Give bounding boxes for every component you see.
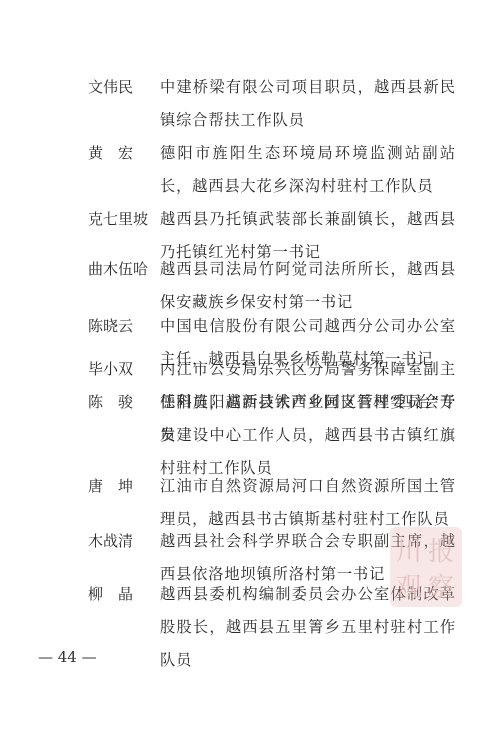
person-name: 唐 坤 — [88, 470, 156, 503]
person-name: 曲木伍哈 — [88, 253, 156, 286]
watermark-char: 观 — [396, 567, 422, 604]
watermark-char: 报 — [428, 531, 454, 568]
person-name: 木战清 — [88, 525, 156, 558]
person-name: 克七里坡 — [88, 203, 156, 236]
watermark-stamp: 川 报 观 察 — [390, 527, 462, 607]
person-name: 陈晓云 — [88, 310, 156, 343]
person-description: 中建桥梁有限公司项目职员，越西县新民镇综合帮扶工作队员 — [160, 71, 456, 137]
person-description: 德阳市旌阳生态环境局环境监测站副站长，越西县大花乡深沟村驻村工作队员 — [160, 137, 456, 203]
person-name: 柳 晶 — [88, 578, 156, 611]
person-name: 文伟民 — [88, 71, 156, 104]
watermark-char: 川 — [396, 531, 422, 568]
page-number: — 44 — — [38, 648, 97, 666]
person-name: 毕小双 — [88, 353, 156, 386]
person-name: 陈 骏 — [88, 386, 156, 419]
person-name: 黄 宏 — [88, 137, 156, 170]
watermark-char: 察 — [428, 567, 454, 604]
document-page: 文伟民 中建桥梁有限公司项目职员，越西县新民镇综合帮扶工作队员 黄 宏 德阳市旌… — [0, 0, 502, 730]
